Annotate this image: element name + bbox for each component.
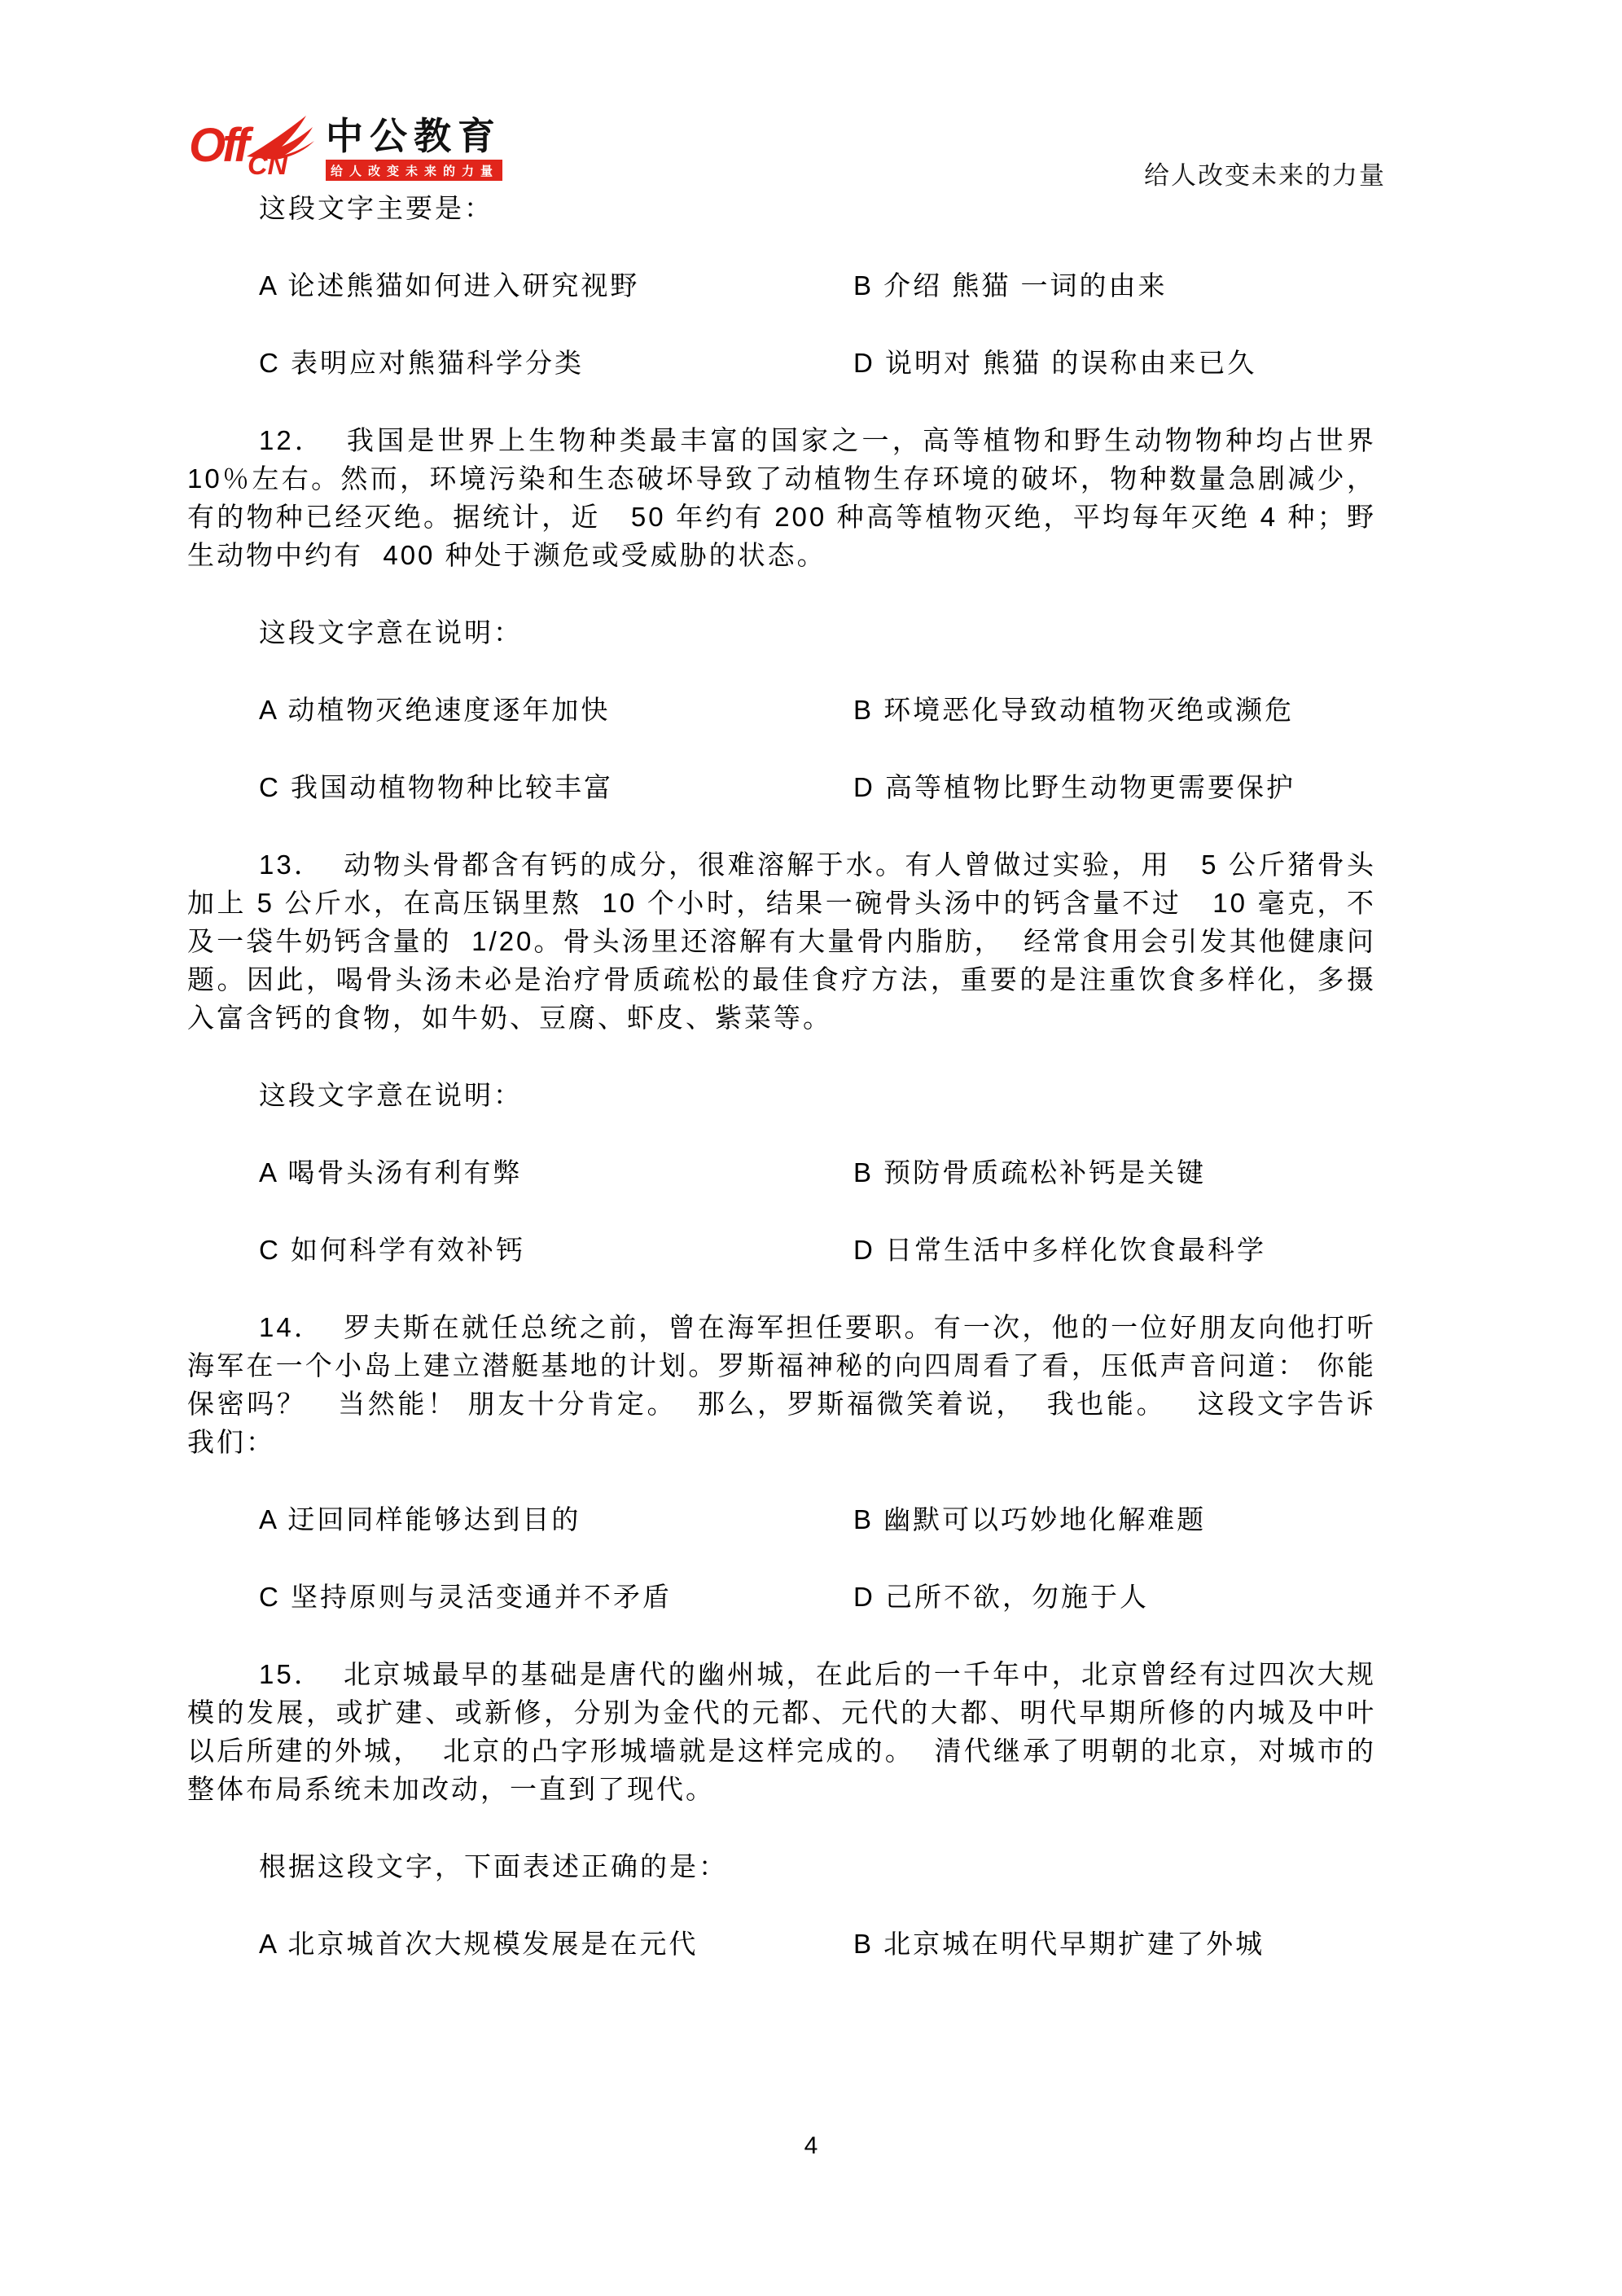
question-15-prompt: 根据这段文字，下面表述正确的是： xyxy=(187,1847,1376,1886)
document-page: Off CN 中公教育 给人改变未来的力量 给人改变未来的力量 这段文字主要是：… xyxy=(0,0,1622,2296)
question-11-prompt: 这段文字主要是： xyxy=(187,189,1376,227)
question-12-options-cd: C 我国动植物物种比较丰富 D 高等植物比野生动物更需要保护 xyxy=(187,768,1376,806)
question-11-option-d: D 说明对 熊猫 的误称由来已久 xyxy=(853,344,1376,382)
question-13-options-ab: A 喝骨头汤有利有弊 B 预防骨质疏松补钙是关键 xyxy=(187,1153,1376,1192)
question-11-option-a: A 论述熊猫如何进入研究视野 xyxy=(187,266,853,305)
question-13-option-a: A 喝骨头汤有利有弊 xyxy=(187,1153,853,1192)
question-15-option-a: A 北京城首次大规模发展是在元代 xyxy=(187,1925,853,1963)
question-13-prompt: 这段文字意在说明： xyxy=(187,1076,1376,1114)
question-11-options-cd: C 表明应对熊猫科学分类 D 说明对 熊猫 的误称由来已久 xyxy=(187,344,1376,382)
question-12-prompt: 这段文字意在说明： xyxy=(187,613,1376,652)
question-12-option-b: B 环境恶化导致动植物灭绝或濒危 xyxy=(853,691,1376,729)
question-14-options-ab: A 迂回同样能够达到目的 B 幽默可以巧妙地化解难题 xyxy=(187,1500,1376,1539)
question-12-option-d: D 高等植物比野生动物更需要保护 xyxy=(853,768,1376,806)
question-14-option-c: C 坚持原则与灵活变通并不矛盾 xyxy=(187,1578,853,1616)
question-12-options-ab: A 动植物灭绝速度逐年加快 B 环境恶化导致动植物灭绝或濒危 xyxy=(187,691,1376,729)
question-12-option-a: A 动植物灭绝速度逐年加快 xyxy=(187,691,853,729)
question-15-options-ab: A 北京城首次大规模发展是在元代 B 北京城在明代早期扩建了外城 xyxy=(187,1925,1376,1963)
question-14-passage: 14． 罗夫斯在就任总统之前，曾在海军担任要职。有一次，他的一位好朋友向他打听海… xyxy=(187,1308,1376,1461)
question-12-passage: 12． 我国是世界上生物种类最丰富的国家之一，高等植物和野生动物物种均占世界 1… xyxy=(187,421,1376,574)
question-11-option-b: B 介绍 熊猫 一词的由来 xyxy=(853,266,1376,305)
question-13-option-d: D 日常生活中多样化饮食最科学 xyxy=(853,1231,1376,1269)
question-14-options-cd: C 坚持原则与灵活变通并不矛盾 D 己所不欲，勿施于人 xyxy=(187,1578,1376,1616)
question-15-option-b: B 北京城在明代早期扩建了外城 xyxy=(853,1925,1376,1963)
document-body: 这段文字主要是： A 论述熊猫如何进入研究视野 B 介绍 熊猫 一词的由来 C … xyxy=(187,0,1376,2002)
question-13-option-c: C 如何科学有效补钙 xyxy=(187,1231,853,1269)
question-12-option-c: C 我国动植物物种比较丰富 xyxy=(187,768,853,806)
page-number: 4 xyxy=(0,2132,1622,2160)
question-13-options-cd: C 如何科学有效补钙 D 日常生活中多样化饮食最科学 xyxy=(187,1231,1376,1269)
question-13-passage: 13． 动物头骨都含有钙的成分，很难溶解于水。有人曾做过实验，用 5 公斤猪骨头… xyxy=(187,845,1376,1037)
question-15-passage: 15． 北京城最早的基础是唐代的幽州城，在此后的一千年中，北京曾经有过四次大规模… xyxy=(187,1655,1376,1808)
question-11-option-c: C 表明应对熊猫科学分类 xyxy=(187,344,853,382)
question-14-option-a: A 迂回同样能够达到目的 xyxy=(187,1500,853,1539)
question-13-option-b: B 预防骨质疏松补钙是关键 xyxy=(853,1153,1376,1192)
question-11-options-ab: A 论述熊猫如何进入研究视野 B 介绍 熊猫 一词的由来 xyxy=(187,266,1376,305)
question-14-option-d: D 己所不欲，勿施于人 xyxy=(853,1578,1376,1616)
question-14-option-b: B 幽默可以巧妙地化解难题 xyxy=(853,1500,1376,1539)
